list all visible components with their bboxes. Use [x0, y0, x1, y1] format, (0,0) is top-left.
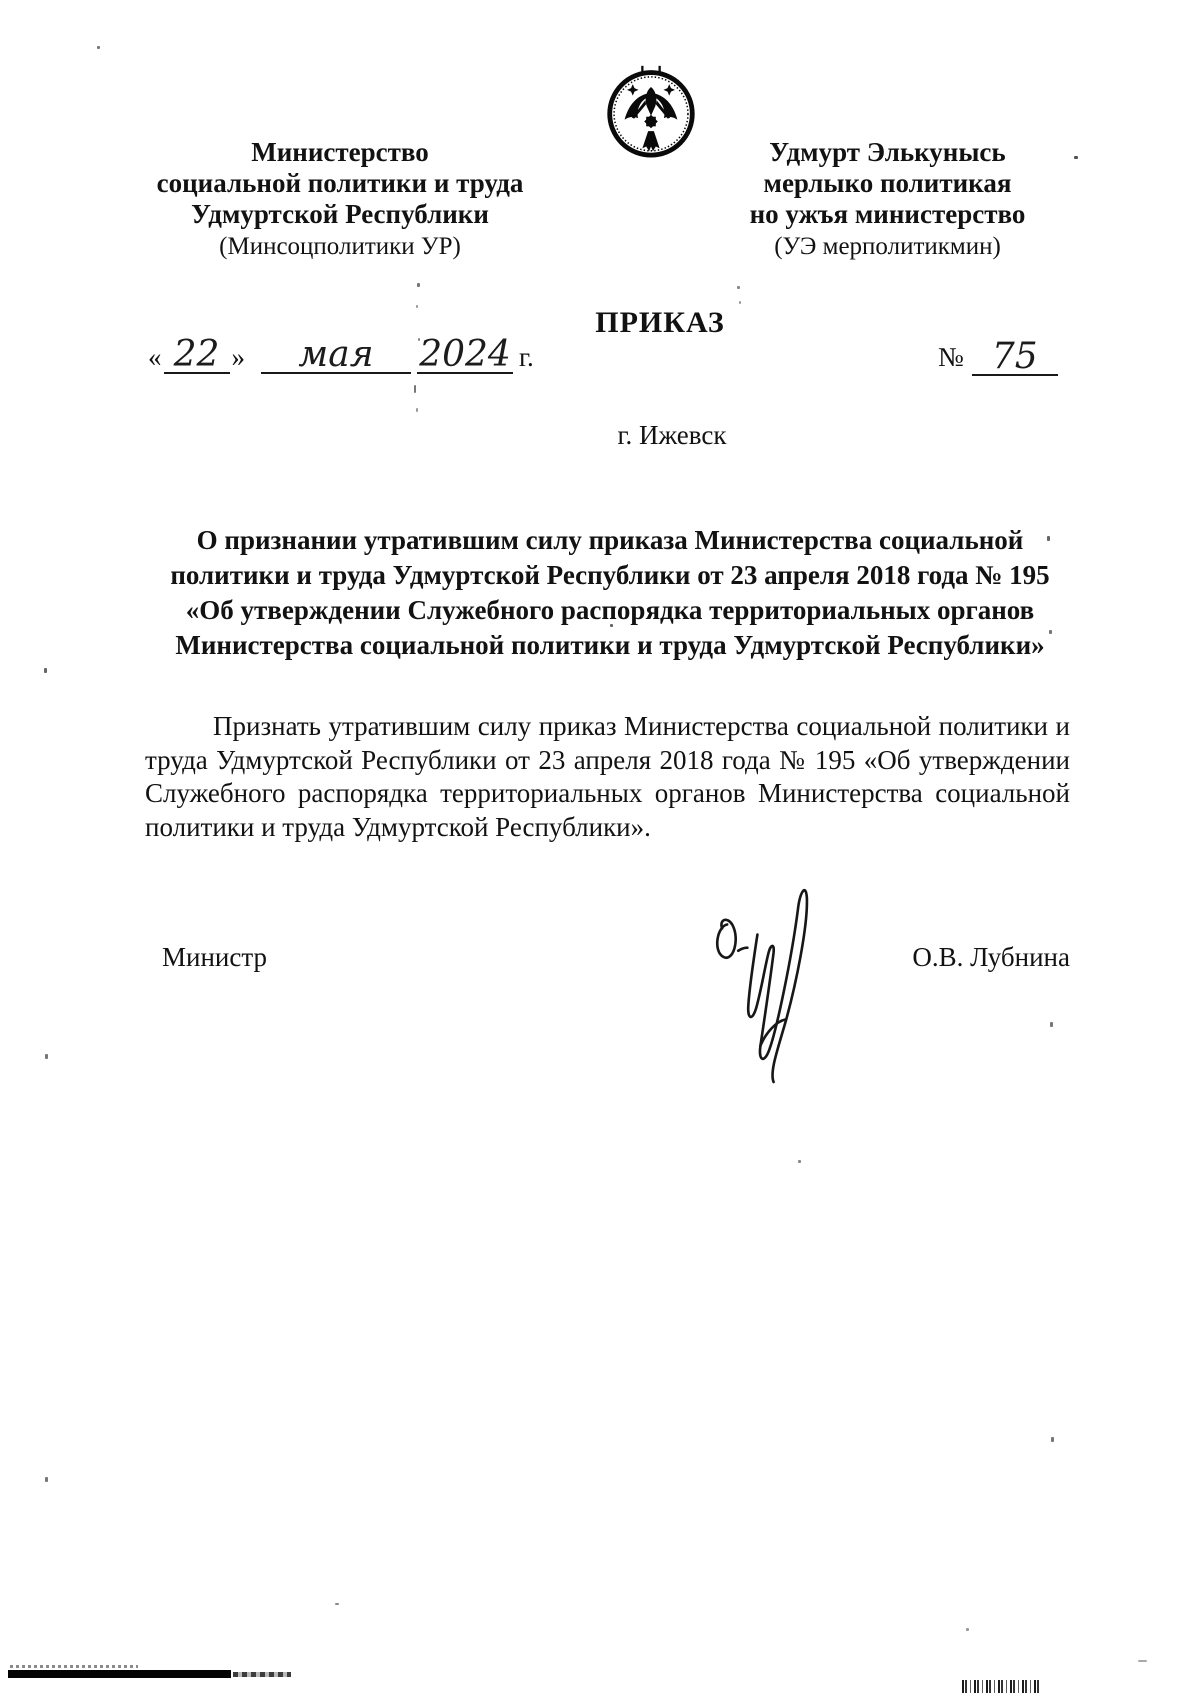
noise-speck — [1074, 156, 1078, 159]
noise-speck — [45, 1054, 48, 1059]
subject-line-2: политики и труда Удмуртской Республики о… — [148, 558, 1072, 593]
order-number-handwritten: 75 — [972, 340, 1058, 376]
noise-speck — [1047, 536, 1050, 541]
date-open-quote: « — [148, 342, 162, 372]
noise-speck — [416, 305, 418, 308]
issuer-ru-line2: социальной политики и труда — [140, 168, 540, 199]
noise-speck — [416, 408, 418, 412]
order-subject: О признании утратившим силу приказа Мини… — [148, 523, 1072, 663]
order-number-line: №75 — [938, 338, 1058, 374]
issuer-udm-line2: мерлыко политикая — [695, 168, 1080, 199]
date-line: «22»мая2024г. — [148, 338, 534, 374]
noise-speck — [97, 46, 100, 49]
noise-speck — [739, 301, 741, 304]
noise-speck — [737, 286, 740, 289]
udmurt-coat-of-arms-icon — [603, 56, 699, 164]
registration-barcode — [962, 1680, 1040, 1693]
noise-speck — [414, 385, 416, 393]
date-day-handwritten: 22 — [164, 338, 230, 374]
subject-line-4: Министерства социальной политики и труда… — [148, 628, 1072, 663]
issuer-name-udmurt: Удмурт Элькунысь мерлыко политикая но уж… — [695, 137, 1080, 262]
date-close-quote: » — [232, 342, 246, 372]
issuer-name-ru: Министерство социальной политики и труда… — [140, 137, 540, 262]
noise-speck — [1049, 630, 1052, 634]
place-of-issue: г. Ижевск — [472, 420, 872, 451]
scan-artifact-black-bar — [8, 1670, 231, 1678]
noise-speck — [966, 1628, 969, 1631]
noise-speck — [418, 338, 420, 341]
subject-line-1: О признании утратившим силу приказа Мини… — [148, 523, 1072, 558]
noise-speck — [44, 668, 47, 673]
scan-artifact-bar-tail — [233, 1672, 291, 1677]
noise-speck — [798, 1160, 801, 1163]
subject-line-3: «Об утверждении Служебного распорядка те… — [148, 593, 1072, 628]
order-body-paragraph: Признать утратившим силу приказ Министер… — [145, 710, 1070, 844]
issuer-udm-line1: Удмурт Элькунысь — [695, 137, 1080, 168]
scan-artifact-speckline — [10, 1665, 138, 1668]
noise-speck — [45, 1477, 48, 1482]
scanned-order-page: Министерство социальной политики и труда… — [0, 0, 1200, 1701]
handwritten-signature — [712, 872, 820, 1084]
issuer-ru-line3: Удмуртской Республики — [140, 199, 540, 230]
date-year-handwritten: 2024 — [417, 338, 513, 374]
noise-speck — [610, 624, 613, 627]
noise-speck — [335, 1603, 339, 1605]
signer-position: Министр — [162, 942, 267, 973]
issuer-udm-abbr: (УЭ мерполитикмин) — [695, 231, 1080, 262]
number-sign: № — [938, 342, 964, 372]
date-era-suffix: г. — [519, 342, 534, 372]
noise-speck — [1051, 1437, 1054, 1442]
noise-speck — [1050, 1022, 1053, 1027]
issuer-ru-abbr: (Минсоцполитики УР) — [140, 231, 540, 262]
signer-name: О.В. Лубнина — [885, 942, 1070, 973]
date-month-handwritten: мая — [261, 338, 411, 374]
noise-speck — [1138, 1660, 1147, 1662]
noise-speck — [417, 283, 420, 287]
issuer-ru-line1: Министерство — [140, 137, 540, 168]
issuer-udm-line3: но ужъя министерство — [695, 199, 1080, 230]
